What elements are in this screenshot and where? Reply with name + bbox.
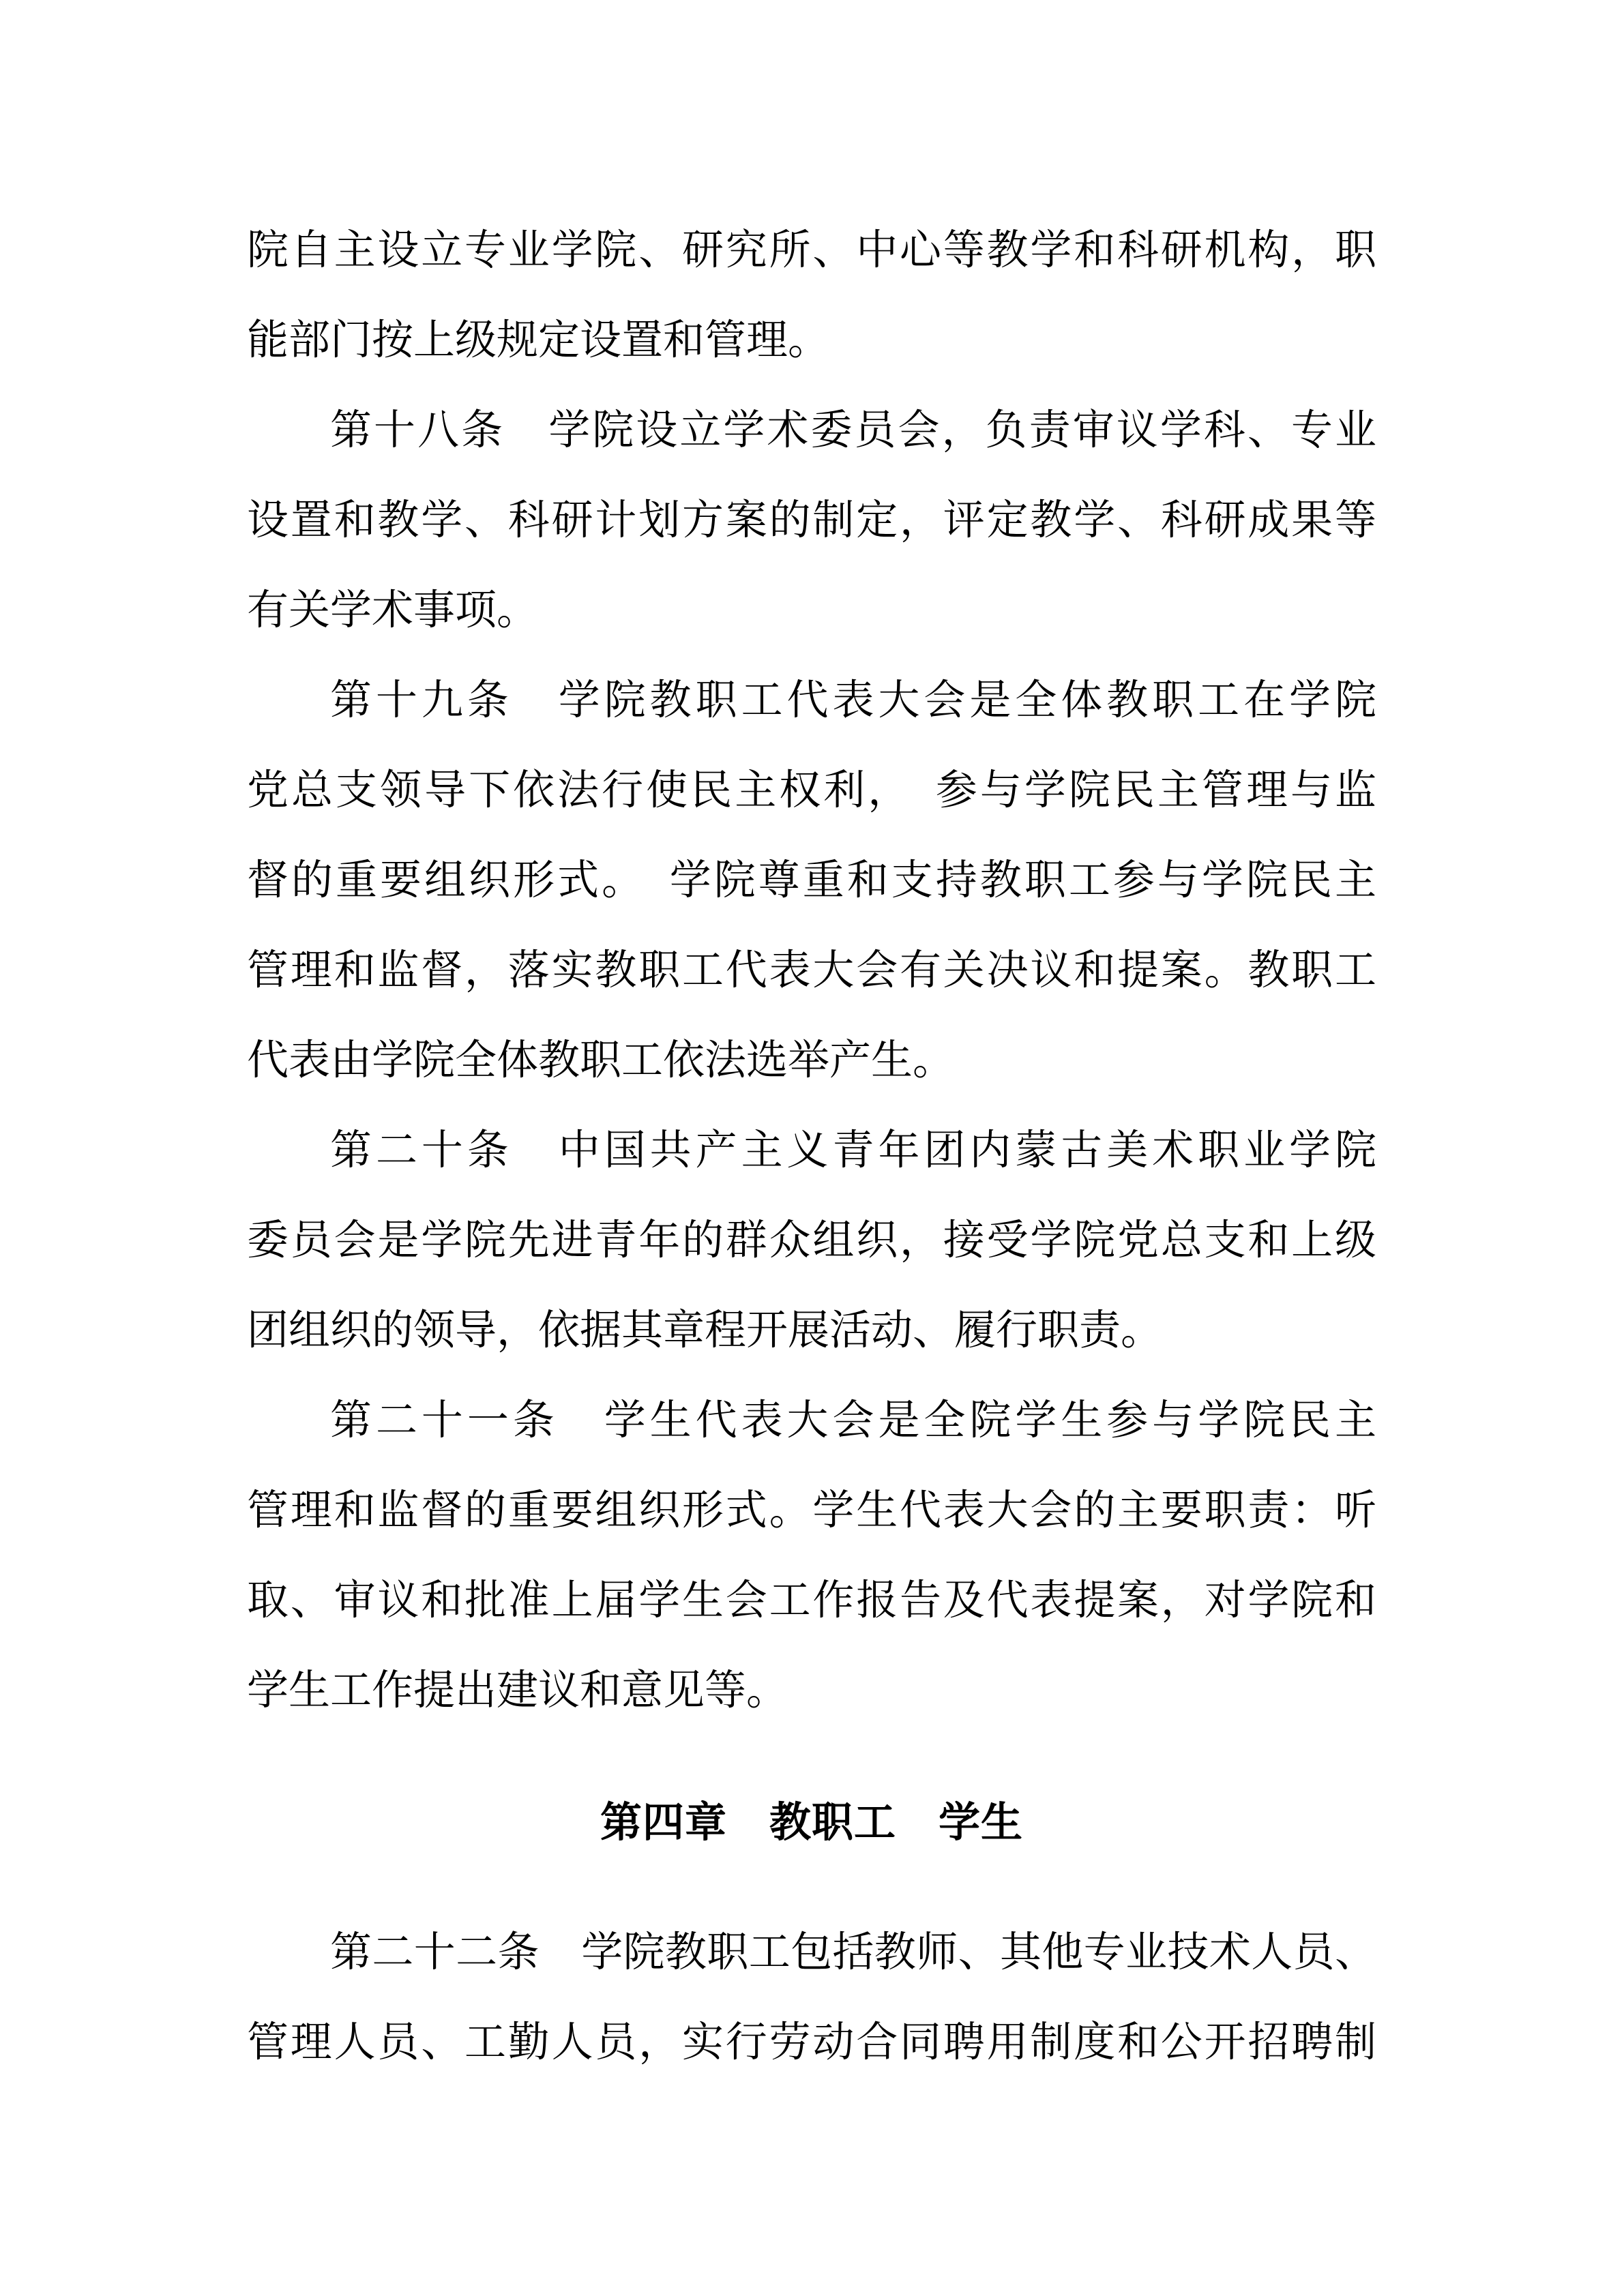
- chapter-heading: 第四章 教职工 学生: [247, 1777, 1376, 1867]
- text-line: 第二十二条 学院教职工包括教师、其他专业技术人员、: [247, 1908, 1376, 1998]
- text-line: 代表由学院全体教职工依法选举产生。: [247, 1016, 1376, 1106]
- text-line: 有关学术事项。: [247, 566, 1376, 656]
- text-line: 第十九条 学院教职工代表大会是全体教职工在学院: [247, 656, 1376, 746]
- text-line: 委员会是学院先进青年的群众组织，接受学院党总支和上级: [247, 1196, 1376, 1286]
- text-line: 第二十条 中国共产主义青年团内蒙古美术职业学院: [247, 1106, 1376, 1196]
- text-line: 设置和教学、科研计划方案的制定，评定教学、科研成果等: [247, 476, 1376, 566]
- text-line: 党总支领导下依法行使民主权利， 参与学院民主管理与监: [247, 746, 1376, 836]
- text-line: 学生工作提出建议和意见等。: [247, 1646, 1376, 1736]
- text-line: 第十八条 学院设立学术委员会，负责审议学科、专业: [247, 386, 1376, 476]
- text-line: 管理人员、工勤人员，实行劳动合同聘用制度和公开招聘制: [247, 1998, 1376, 2088]
- document-page: 院自主设立专业学院、研究所、中心等教学和科研机构，职能部门按上级规定设置和管理。…: [0, 0, 1624, 2296]
- text-line: 管理和监督，落实教职工代表大会有关决议和提案。教职工: [247, 926, 1376, 1016]
- text-line: 第二十一条 学生代表大会是全院学生参与学院民主: [247, 1376, 1376, 1466]
- text-line: 取、审议和批准上届学生会工作报告及代表提案，对学院和: [247, 1556, 1376, 1646]
- text-line: 团组织的领导，依据其章程开展活动、履行职责。: [247, 1286, 1376, 1376]
- document-text-block: 院自主设立专业学院、研究所、中心等教学和科研机构，职能部门按上级规定设置和管理。…: [247, 206, 1376, 2088]
- text-line: 督的重要组织形式。 学院尊重和支持教职工参与学院民主: [247, 836, 1376, 926]
- text-line: 管理和监督的重要组织形式。学生代表大会的主要职责：听: [247, 1466, 1376, 1556]
- text-line: 能部门按上级规定设置和管理。: [247, 296, 1376, 386]
- text-line: 院自主设立专业学院、研究所、中心等教学和科研机构，职: [247, 206, 1376, 296]
